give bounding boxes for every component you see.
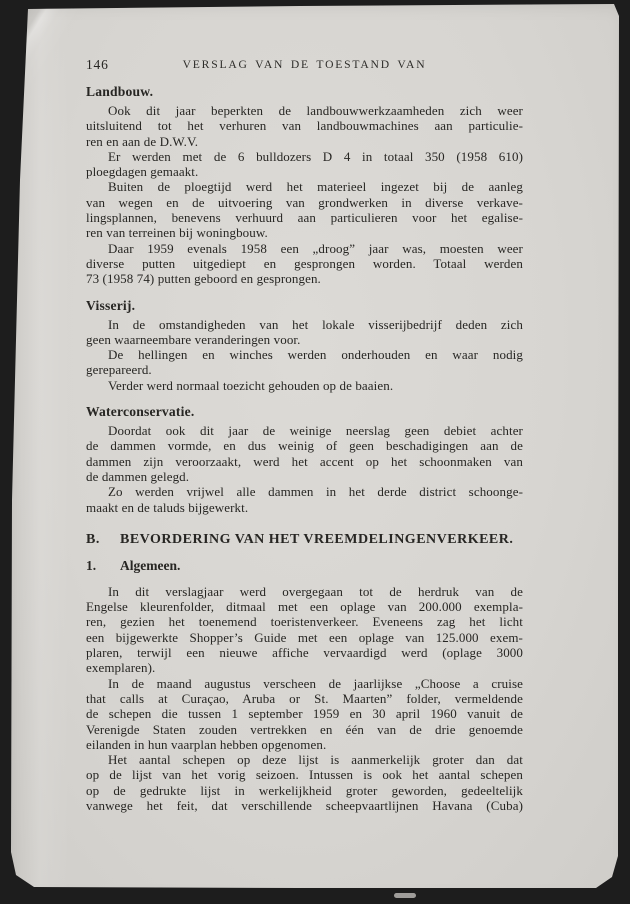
heading-label: B. [86, 532, 120, 548]
scan-artifact [394, 893, 416, 898]
paragraph: Daar 1959 evenals 1958 een „droog” jaar … [86, 241, 523, 287]
book-page: 146 VERSLAG VAN DE TOESTAND VAN Landbouw… [0, 0, 630, 904]
text-line: Engelse kleurenfolder, ditmaal met een o… [86, 599, 523, 614]
text-line: Zo werden vrijwel alle dammen in het der… [86, 484, 523, 499]
paragraph: Buiten de ploegtijd werd het materieel i… [86, 179, 523, 240]
text-line: op de lijst van het vorig seizoen. Intus… [86, 767, 523, 782]
page-content: 146 VERSLAG VAN DE TOESTAND VAN Landbouw… [86, 58, 523, 813]
text-line: vanwege het feit, dat verschillende sche… [86, 798, 523, 813]
text-line: geen waarneembare veranderingen voor. [86, 332, 523, 347]
text-line: Verenigde Staten zouden vertrekken en éé… [86, 722, 523, 737]
paragraph: Er werden met de 6 bulldozers D 4 in tot… [86, 149, 523, 180]
text-line: Ook dit jaar beperkten de landbouwwerkza… [86, 103, 523, 118]
text-line: een bijgewerkte Shopper’s Guide met een … [86, 630, 523, 645]
text-line: plaren, terwijl een nieuwe affiche verva… [86, 645, 523, 660]
paragraph: De hellingen en winches werden onderhoud… [86, 347, 523, 378]
section-heading: Visserij. [86, 298, 523, 313]
text-line: De hellingen en winches werden onderhoud… [86, 347, 523, 362]
heading-text: Algemeen. [120, 558, 180, 573]
paragraph: In de maand augustus verscheen de jaarli… [86, 676, 523, 752]
paragraph: Zo werden vrijwel alle dammen in het der… [86, 484, 523, 515]
page-number: 146 [86, 58, 109, 72]
text-line: diverse putten uitgediept en gesprongen … [86, 256, 523, 271]
page-header: 146 VERSLAG VAN DE TOESTAND VAN [86, 58, 523, 72]
text-line: dammen zijn veroorzaakt, werd het accent… [86, 454, 523, 469]
running-header: VERSLAG VAN DE TOESTAND VAN [86, 58, 523, 72]
text-line: de dammen vormde, en dus weinig of geen … [86, 438, 523, 453]
paragraph: In de omstandigheden van het lokale viss… [86, 317, 523, 348]
text-line: Het aantal schepen op deze lijst is aanm… [86, 752, 523, 767]
text-line: Daar 1959 evenals 1958 een „droog” jaar … [86, 241, 523, 256]
text-line: uitsluitend tot het verhuren van landbou… [86, 118, 523, 133]
chapter-heading: B.BEVORDERING VAN HET VREEMDELINGENVERKE… [86, 532, 523, 548]
paragraph: Ook dit jaar beperkten de landbouwwerkza… [86, 103, 523, 149]
text-line: ren van terreinen bij woningbouw. [86, 225, 523, 240]
text-line: In de maand augustus verscheen de jaarli… [86, 676, 523, 691]
scanned-page-background: 146 VERSLAG VAN DE TOESTAND VAN Landbouw… [0, 0, 630, 904]
page-corner-fold [6, 2, 92, 98]
text-line: Doordat ook dit jaar de weinige neerslag… [86, 423, 523, 438]
heading-text: BEVORDERING VAN HET VREEMDELINGENVERKEER… [120, 532, 513, 548]
paragraph: Doordat ook dit jaar de weinige neerslag… [86, 423, 523, 484]
paragraph: In dit verslagjaar werd overgegaan tot d… [86, 584, 523, 676]
text-line: ren, gezien het toenemend toeristenverke… [86, 614, 523, 629]
text-line: eilanden in hun vaarplan hebben opgenome… [86, 737, 523, 752]
text-line: Buiten de ploegtijd werd het materieel i… [86, 179, 523, 194]
text-line: Verder werd normaal toezicht gehouden op… [86, 378, 523, 393]
text-line: Er werden met de 6 bulldozers D 4 in tot… [86, 149, 523, 164]
section-heading: Landbouw. [86, 84, 523, 99]
paragraph: Verder werd normaal toezicht gehouden op… [86, 378, 523, 393]
text-line: ploegdagen gemaakt. [86, 164, 523, 179]
text-line: that calls at Curaçao, Aruba or St. Maar… [86, 691, 523, 706]
heading-label: 1. [86, 558, 120, 573]
text-line: 73 (1958 74) putten geboord en gespronge… [86, 271, 523, 286]
text-line: op de gedrukte lijst in werkelijkheid gr… [86, 783, 523, 798]
text-line: ren en aan de D.W.V. [86, 134, 523, 149]
subsection-heading: 1.Algemeen. [86, 558, 523, 573]
document-body: Landbouw.Ook dit jaar beperkten de landb… [86, 84, 523, 813]
text-line: de schepen die tussen 1 september 1959 e… [86, 706, 523, 721]
text-line: gerepareerd. [86, 362, 523, 377]
text-line: van wegen en de uitvoering van grondwerk… [86, 195, 523, 210]
text-line: In de omstandigheden van het lokale viss… [86, 317, 523, 332]
text-line: lingsplannen, benevens verhuurd aan part… [86, 210, 523, 225]
paragraph: Het aantal schepen op deze lijst is aanm… [86, 752, 523, 813]
text-line: de dammen gelegd. [86, 469, 523, 484]
section-heading: Waterconservatie. [86, 404, 523, 419]
text-line: In dit verslagjaar werd overgegaan tot d… [86, 584, 523, 599]
text-line: maakt en de taluds bijgewerkt. [86, 500, 523, 515]
text-line: exemplaren). [86, 660, 523, 675]
